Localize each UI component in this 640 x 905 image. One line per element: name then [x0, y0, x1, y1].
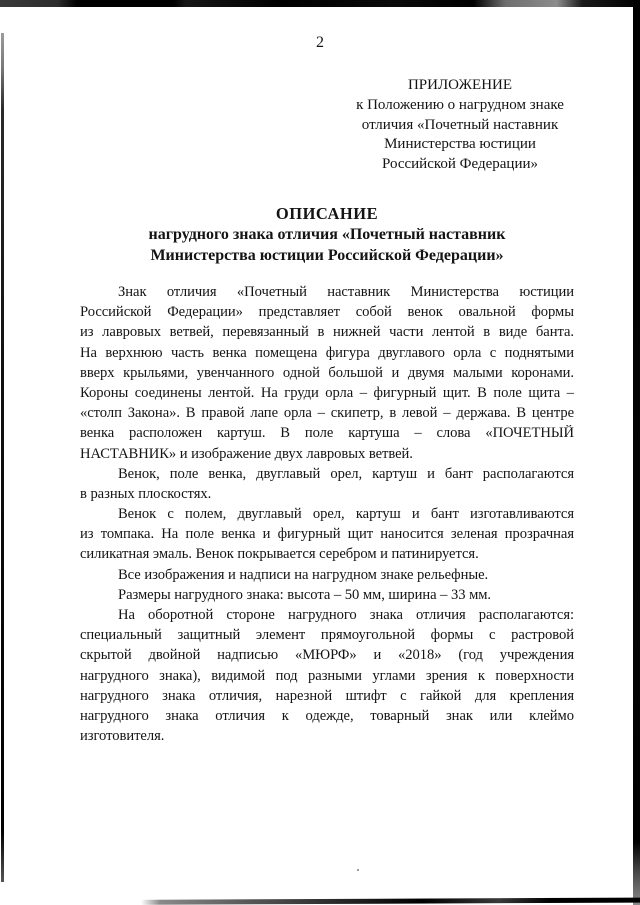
body-line: Все изображения и надписи на нагрудном з… — [80, 567, 574, 587]
body-line: из лавровых ветвей, перевязанный в нижне… — [80, 324, 574, 344]
scan-speck — [357, 869, 359, 871]
appendix-line: Министерства юстиции — [335, 135, 585, 155]
scan-edge-right — [633, 0, 640, 905]
appendix-block: ПРИЛОЖЕНИЕ к Положению о нагрудном знаке… — [335, 76, 585, 175]
body-line: НАСТАВНИК» и изображение двух лавровых в… — [80, 446, 574, 466]
body-line: венка расположен картуш. В поле картуша … — [80, 425, 574, 445]
body-line: На верхнюю часть венка помещена фигура д… — [80, 345, 574, 365]
scan-edge-left — [1, 33, 4, 882]
body-line: Размеры нагрудного знака: высота – 50 мм… — [80, 587, 574, 607]
body-line: силикатная эмаль. Венок покрывается сере… — [80, 546, 574, 566]
body-line: Венок, поле венка, двуглавый орел, карту… — [80, 466, 574, 486]
body-line: «столп Закона». В правой лапе орла – ски… — [80, 405, 574, 425]
document-body: Знак отличия «Почетный наставник Министе… — [80, 284, 574, 748]
body-line: На оборотной стороне нагрудного знака от… — [80, 607, 574, 627]
appendix-line: ПРИЛОЖЕНИЕ — [335, 76, 585, 96]
appendix-line: отличия «Почетный наставник — [335, 116, 585, 136]
body-line: нагрудного знака отличия к одежде, товар… — [80, 708, 574, 728]
scanned-document: { "page": { "number": "2" }, "appendix":… — [0, 0, 640, 905]
description-subtitle-line: нагрудного знака отличия «Почетный наста… — [80, 224, 574, 245]
body-line: специальный защитный элемент прямоугольн… — [80, 627, 574, 647]
body-line: вверх крыльями, увенчанного одной большо… — [80, 365, 574, 385]
body-line: Российской Федерации» представляет собой… — [80, 304, 574, 324]
description-heading: ОПИСАНИЕ нагрудного знака отличия «Почет… — [80, 203, 574, 266]
body-line: Венок с полем, двуглавый орел, картуш и … — [80, 506, 574, 526]
body-line: нагрудного знака), видимой под разными у… — [80, 668, 574, 688]
appendix-line: Российской Федерации» — [335, 155, 585, 175]
body-line: Короны соединены лентой. На груди орла –… — [80, 385, 574, 405]
scan-edge-bottom — [0, 898, 640, 905]
body-line: Знак отличия «Почетный наставник Министе… — [80, 284, 574, 304]
body-line: изготовителя. — [80, 728, 574, 748]
body-line: в разных плоскостях. — [80, 486, 574, 506]
body-line: из томпака. На поле венка и фигурный щит… — [80, 526, 574, 546]
appendix-line: к Положению о нагрудном знаке — [335, 96, 585, 116]
body-line: нагрудного знака отличия, нарезной штифт… — [80, 688, 574, 708]
description-subtitle-line: Министерства юстиции Российской Федераци… — [80, 245, 574, 266]
page-number: 2 — [0, 34, 640, 52]
description-title: ОПИСАНИЕ — [80, 203, 574, 224]
scan-edge-top — [0, 0, 640, 7]
body-line: скрытой двойной надписью «МЮРФ» и «2018»… — [80, 647, 574, 667]
